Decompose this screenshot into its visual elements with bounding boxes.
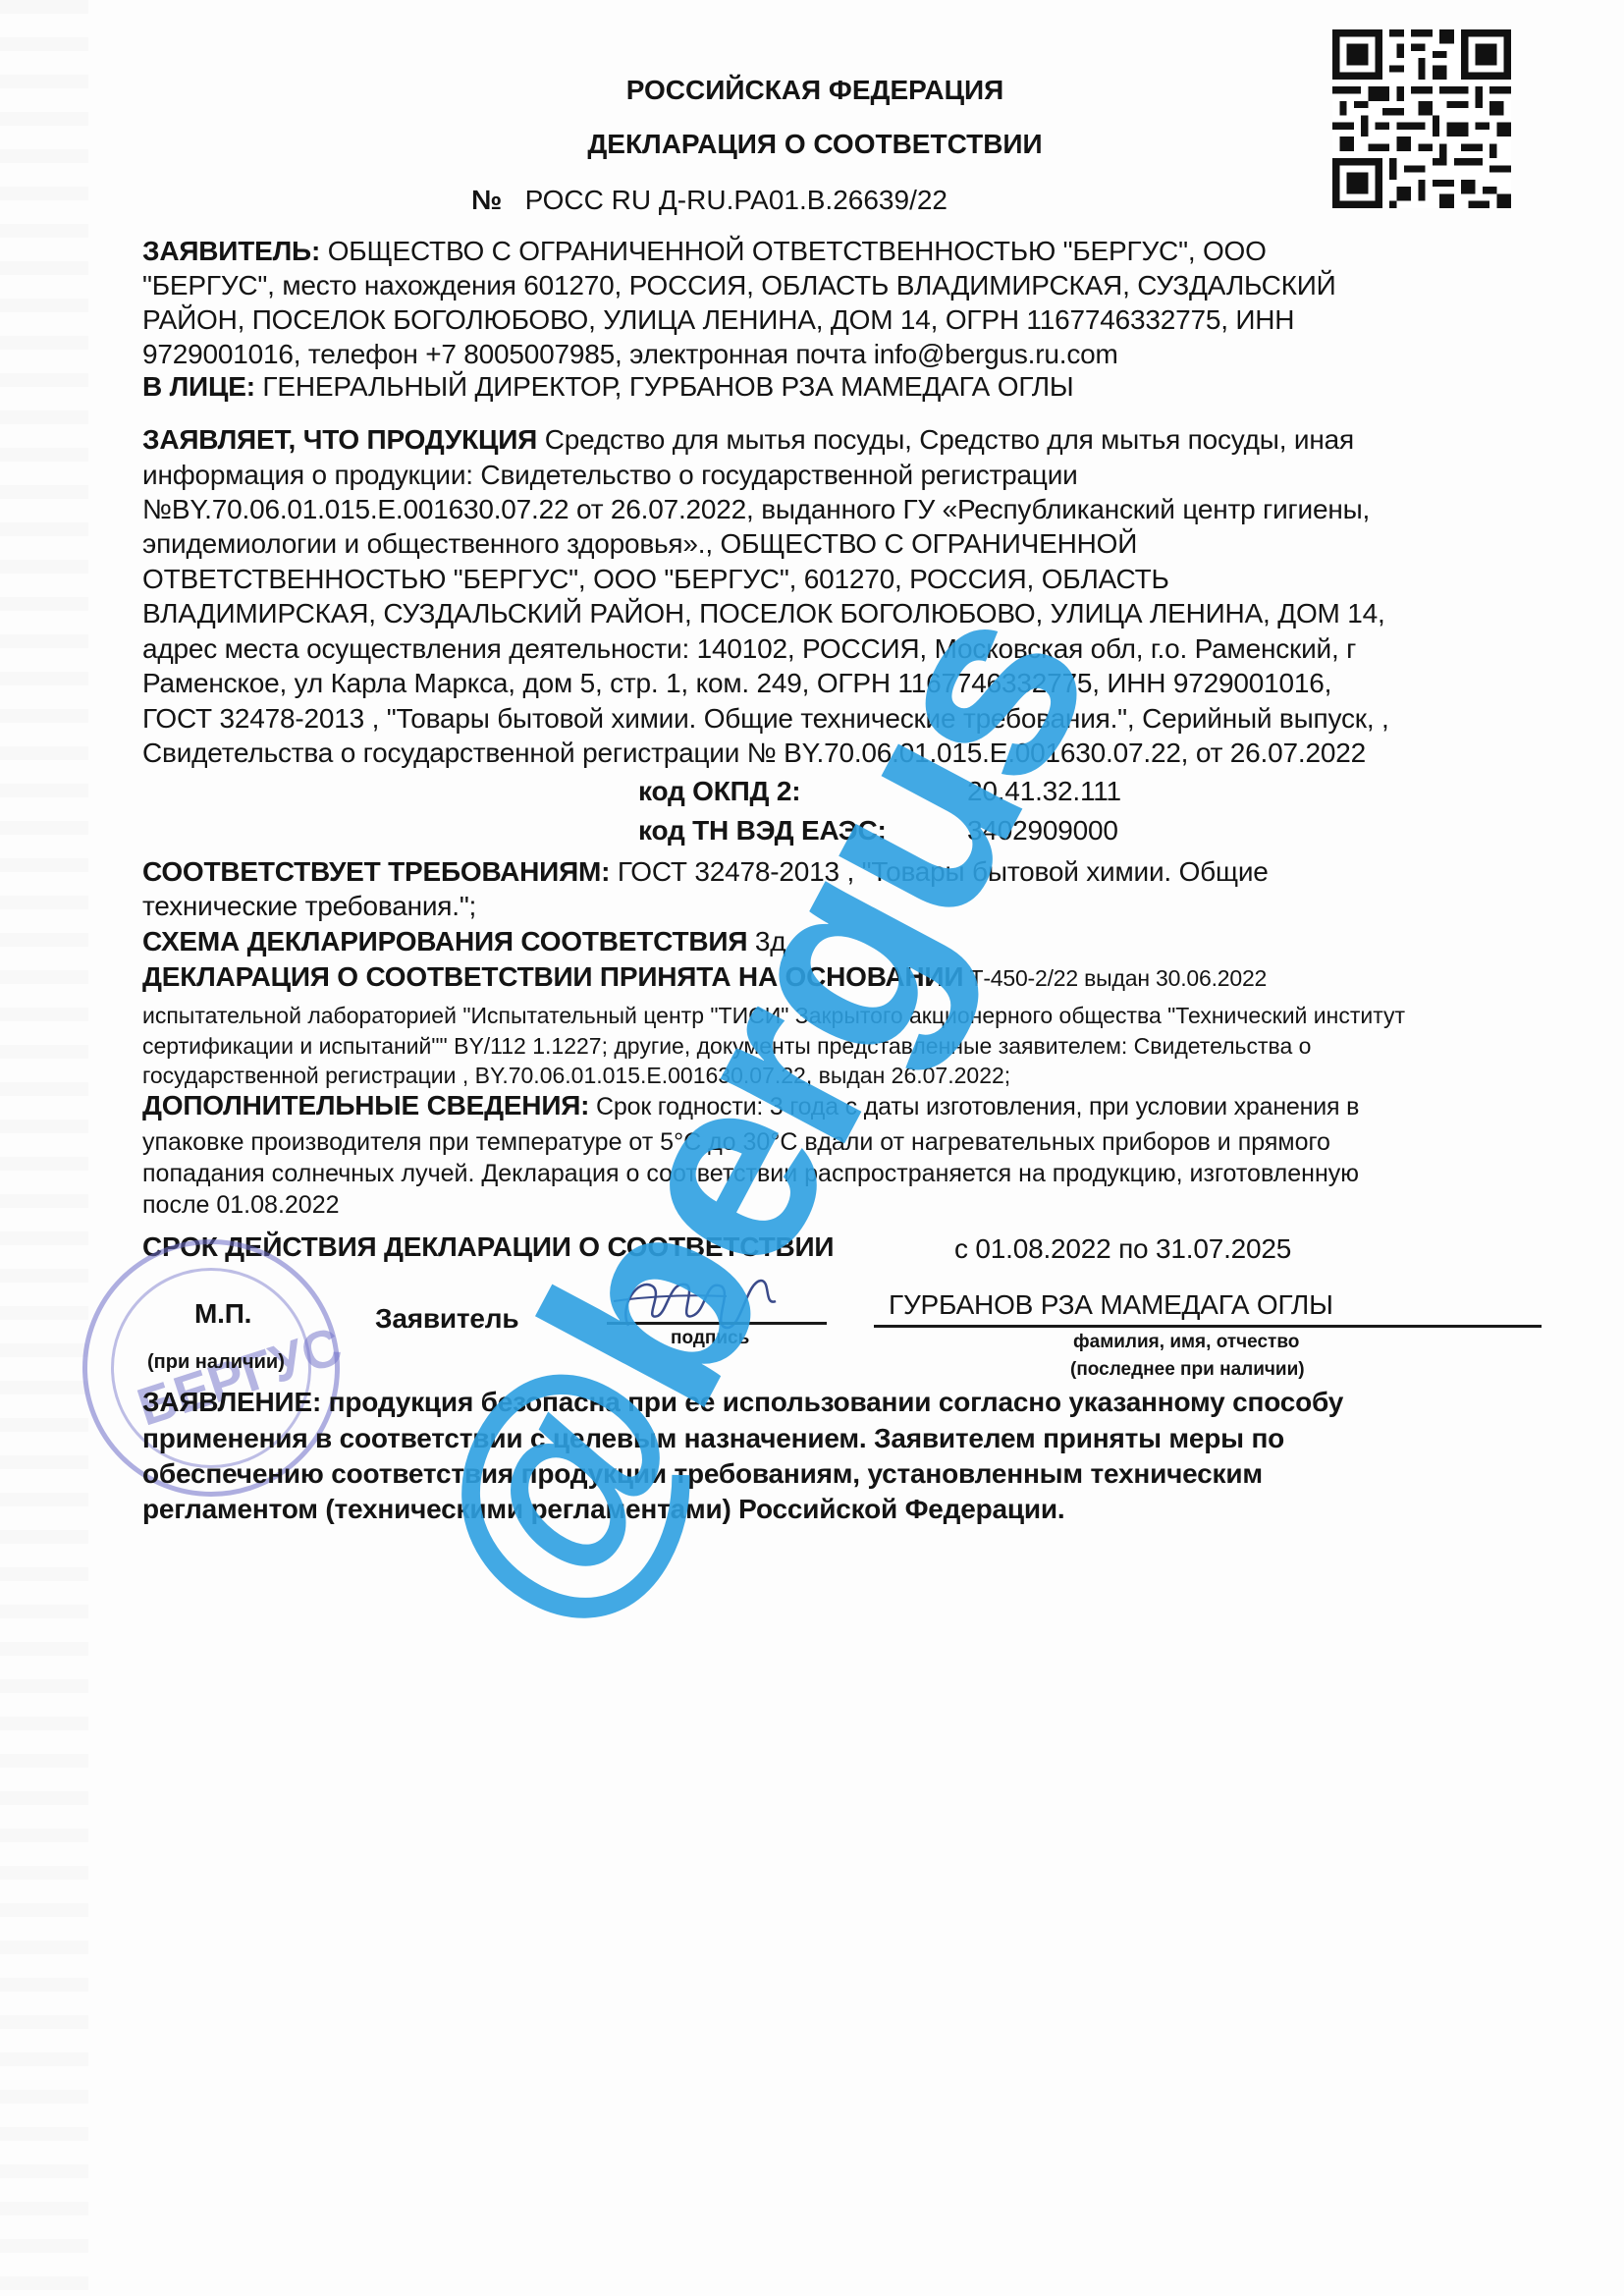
additional-line-3: попадания солнечных лучей. Декларация о … (142, 1160, 1359, 1188)
applicant-line-1: ЗАЯВИТЕЛЬ: ОБЩЕСТВО С ОГРАНИЧЕННОЙ ОТВЕТ… (142, 236, 1267, 267)
mp-label: М.П. (194, 1298, 251, 1330)
additional-label: ДОПОЛНИТЕЛЬНЫЕ СВЕДЕНИЯ: (142, 1090, 589, 1121)
statement-line-1: ЗАЯВЛЕНИЕ: продукция безопасна при ее ис… (142, 1387, 1343, 1418)
statement-line-2: применения в соответствии с целевым назн… (142, 1423, 1284, 1454)
basis-label: ДЕКЛАРАЦИЯ О СООТВЕТСТВИИ ПРИНЯТА НА ОСН… (142, 961, 963, 992)
statement-line-3: обеспечению соответствия продукции требо… (142, 1458, 1263, 1490)
product-line-6: ВЛАДИМИРСКАЯ, СУЗДАЛЬСКИЙ РАЙОН, ПОСЕЛОК… (142, 598, 1385, 629)
additional-line-2: упаковке производителя при температуре о… (142, 1128, 1330, 1157)
mp-note: (при наличии) (147, 1351, 285, 1374)
number-label: № (471, 185, 502, 215)
represented-by: В ЛИЦЕ: ГЕНЕРАЛЬНЫЙ ДИРЕКТОР, ГУРБАНОВ Р… (142, 371, 1073, 403)
applicant-line-4: 9729001016, телефон +7 8005007985, элект… (142, 339, 1118, 370)
signature-icon (609, 1267, 825, 1336)
basis-line-4: государственной регистрации , BY.70.06.0… (142, 1063, 1010, 1089)
product-line-4: эпидемиологии и общественного здоровья».… (142, 528, 1137, 560)
okpd-value: 20.41.32.111 (967, 776, 1121, 807)
represented-label: В ЛИЦЕ: (142, 371, 255, 402)
basis-line-1: ДЕКЛАРАЦИЯ О СООТВЕТСТВИИ ПРИНЯТА НА ОСН… (142, 961, 1267, 993)
signature-caption: подпись (671, 1328, 749, 1349)
statement-line-4: регламентом (техническими регламентами) … (142, 1494, 1065, 1525)
tnved-label: код ТН ВЭД ЕАЭС: (638, 815, 887, 847)
name-caption-1: фамилия, имя, отчество (1073, 1332, 1299, 1353)
qr-code-icon (1327, 29, 1516, 208)
applicant-label: ЗАЯВИТЕЛЬ: (142, 236, 320, 266)
basis-line-3: сертификации и испытаний"" BY/112 1.1227… (142, 1033, 1311, 1060)
product-line-8: Раменское, ул Карла Маркса, дом 5, стр. … (142, 668, 1331, 699)
scheme-value: 3д (747, 926, 785, 957)
applicant-line-3: РАЙОН, ПОСЕЛОК БОГОЛЮБОВО, УЛИЦА ЛЕНИНА,… (142, 304, 1294, 336)
name-caption-2: (последнее при наличии) (1070, 1359, 1305, 1381)
name-line (874, 1325, 1542, 1328)
product-line-1: ЗАЯВЛЯЕТ, ЧТО ПРОДУКЦИЯ Средство для мыт… (142, 424, 1354, 456)
additional-line-4: после 01.08.2022 (142, 1191, 340, 1220)
statement-label: ЗАЯВЛЕНИЕ: (142, 1387, 321, 1417)
scheme-label: СХЕМА ДЕКЛАРИРОВАНИЯ СООТВЕТСТВИЯ (142, 926, 747, 957)
declaration-number: № РОСС RU Д-RU.РА01.В.26639/22 (471, 185, 947, 216)
number-value: РОСС RU Д-RU.РА01.В.26639/22 (525, 185, 947, 215)
basis-line-2: испытательной лабораторией "Испытательны… (142, 1003, 1405, 1029)
product-line-2: информация о продукции: Свидетельство о … (142, 460, 1078, 491)
conformity-line-2: технические требования."; (142, 891, 476, 922)
scheme: СХЕМА ДЕКЛАРИРОВАНИЯ СООТВЕТСТВИЯ 3д (142, 926, 785, 957)
applicant-sign-label: Заявитель (375, 1303, 518, 1335)
scan-edge-artifact (0, 0, 88, 2296)
additional-line-1: ДОПОЛНИТЕЛЬНЫЕ СВЕДЕНИЯ: Срок годности: … (142, 1090, 1359, 1121)
okpd-label: код ОКПД 2: (638, 776, 800, 807)
applicant-line-2: "БЕРГУС", место нахождения 601270, РОССИ… (142, 270, 1336, 301)
basis-value: Т-450-2/22 выдан 30.06.2022 (963, 965, 1267, 991)
validity-value: с 01.08.2022 по 31.07.2025 (954, 1233, 1291, 1265)
conformity-line-1: СООТВЕТСТВУЕТ ТРЕБОВАНИЯМ: ГОСТ 32478-20… (142, 856, 1269, 888)
product-line-9: ГОСТ 32478-2013 , "Товары бытовой химии.… (142, 703, 1389, 735)
product-line-10: Свидетельства о государственной регистра… (142, 738, 1366, 769)
product-line-3: №BY.70.06.01.015.Е.001630.07.22 от 26.07… (142, 494, 1370, 525)
conformity-label: СООТВЕТСТВУЕТ ТРЕБОВАНИЯМ: (142, 856, 610, 887)
product-line-5: ОТВЕТСТВЕННОСТЬЮ "БЕРГУС", ООО "БЕРГУС",… (142, 564, 1169, 595)
signature-line (607, 1322, 827, 1325)
tnved-value: 3402909000 (967, 815, 1118, 847)
product-line-7: адрес места осуществления деятельности: … (142, 633, 1356, 665)
product-label: ЗАЯВЛЯЕТ, ЧТО ПРОДУКЦИЯ (142, 424, 537, 455)
signer-name: ГУРБАНОВ РЗА МАМЕДАГА ОГЛЫ (889, 1289, 1333, 1321)
